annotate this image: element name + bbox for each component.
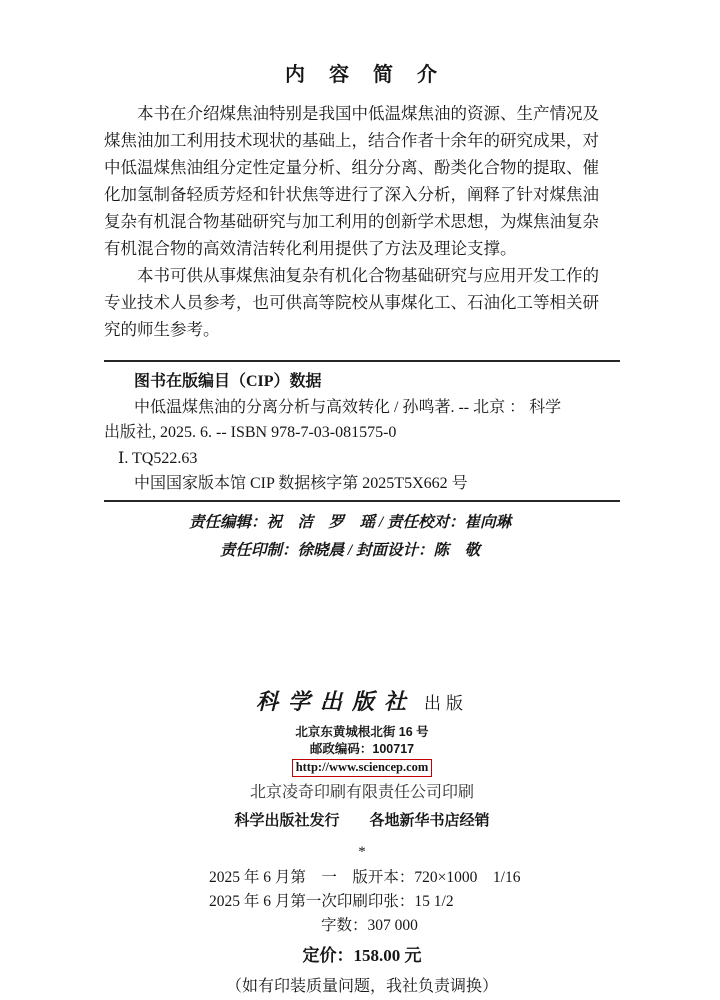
body-text-line: 化加氢制备轻质芳烃和针状焦等进行了深入分析，阐释了针对煤焦油: [104, 181, 620, 208]
quality-note: （如有印装质量问题，我社负责调换）: [104, 975, 620, 999]
publisher-address: 北京东黄城根北街 16 号: [104, 724, 620, 741]
divider-top: [104, 360, 620, 362]
edition-date: 2025 年 6 月第 一 版: [209, 866, 368, 890]
cip-class-number: Ⅰ. TQ522.63: [104, 446, 620, 472]
website-link[interactable]: http://www.sciencep.com: [292, 759, 433, 777]
intro-paragraph-2: 本书可供从事煤焦油复杂有机化合物基础研究与应用开发工作的 专业技术人员参考，也可…: [104, 262, 620, 343]
edition-line-1: 2025 年 6 月第 一 版开本：720×1000 1/16: [209, 866, 620, 890]
edition-section: 2025 年 6 月第 一 版开本：720×1000 1/16 2025 年 6…: [104, 866, 620, 938]
cip-heading: 图书在版编目（CIP）数据: [104, 369, 620, 395]
body-text-line: 本书可供从事煤焦油复杂有机化合物基础研究与应用开发工作的: [104, 262, 620, 289]
body-text-line: 专业技术人员参考，也可供高等院校从事煤化工、石油化工等相关研: [104, 289, 620, 316]
body-text-line: 究的师生参考。: [104, 316, 620, 343]
body-text-line: 煤焦油加工利用技术现状的基础上，结合作者十余年的研究成果，对: [104, 127, 620, 154]
printer-line: 北京凌奇印刷有限责任公司印刷: [104, 782, 620, 804]
publisher-logotype: 科学出版社: [256, 689, 416, 714]
publisher-section: 科学出版社 出版 北京东黄城根北街 16 号 邮政编码：100717 http:…: [104, 687, 620, 832]
body-text-line: 中低温煤焦油组分定性定量分析、组分分离、酚类化合物的提取、催: [104, 154, 620, 181]
postal-code: 邮政编码：100717: [104, 741, 620, 758]
staff-credits: 责任编辑：祝 洁 罗 瑶 / 责任校对：崔向琳 责任印制：徐晓晨 / 封面设计：…: [92, 509, 608, 565]
website-link-row: http://www.sciencep.com: [104, 759, 620, 777]
sheets-info: 印张：15 1/2: [368, 893, 454, 910]
publisher-line: 科学出版社 出版: [104, 687, 620, 720]
intro-paragraph-1: 本书在介绍煤焦油特别是我国中低温煤焦油的资源、生产情况及 煤焦油加工利用技术现状…: [104, 100, 620, 262]
credits-line-print-design: 责任印制：徐晓晨 / 封面设计：陈 敬: [92, 537, 608, 565]
cip-isbn-line: 出版社, 2025. 6. -- ISBN 978-7-03-081575-0: [104, 420, 620, 446]
body-text-line: 复杂有机混合物基础研究与加工利用的创新学术思想，为煤焦油复杂: [104, 208, 620, 235]
format-info: 开本：720×1000 1/16: [368, 869, 521, 886]
distribution-line: 科学出版社发行 各地新华书店经销: [104, 810, 620, 832]
edition-line-2: 2025 年 6 月第一次印刷印张：15 1/2: [209, 890, 620, 914]
asterisk-separator: *: [104, 844, 620, 860]
word-count: 字数：307 000: [321, 914, 620, 938]
cip-section: 图书在版编目（CIP）数据 中低温煤焦油的分离分析与高效转化 / 孙鸣著. --…: [104, 369, 620, 497]
body-text-line: 本书在介绍煤焦油特别是我国中低温煤焦油的资源、生产情况及: [104, 100, 620, 127]
credits-line-editors: 责任编辑：祝 洁 罗 瑶 / 责任校对：崔向琳: [92, 509, 608, 537]
divider-bottom: [104, 500, 620, 502]
publish-label: 出版: [424, 694, 468, 713]
body-text-line: 有机混合物的高效清洁转化利用提供了方法及理论支撑。: [104, 235, 620, 262]
cip-record-number: 中国国家版本馆 CIP 数据核字第 2025T5X662 号: [104, 471, 620, 497]
copyright-page: 内 容 简 介 本书在介绍煤焦油特别是我国中低温煤焦油的资源、生产情况及 煤焦油…: [0, 0, 720, 1000]
price: 定价：158.00 元: [104, 944, 620, 968]
cip-title-line: 中低温煤焦油的分离分析与高效转化 / 孙鸣著. -- 北京 ： 科学: [104, 395, 620, 421]
print-run-date: 2025 年 6 月第一次印刷: [209, 890, 368, 914]
intro-title: 内 容 简 介: [104, 58, 620, 87]
